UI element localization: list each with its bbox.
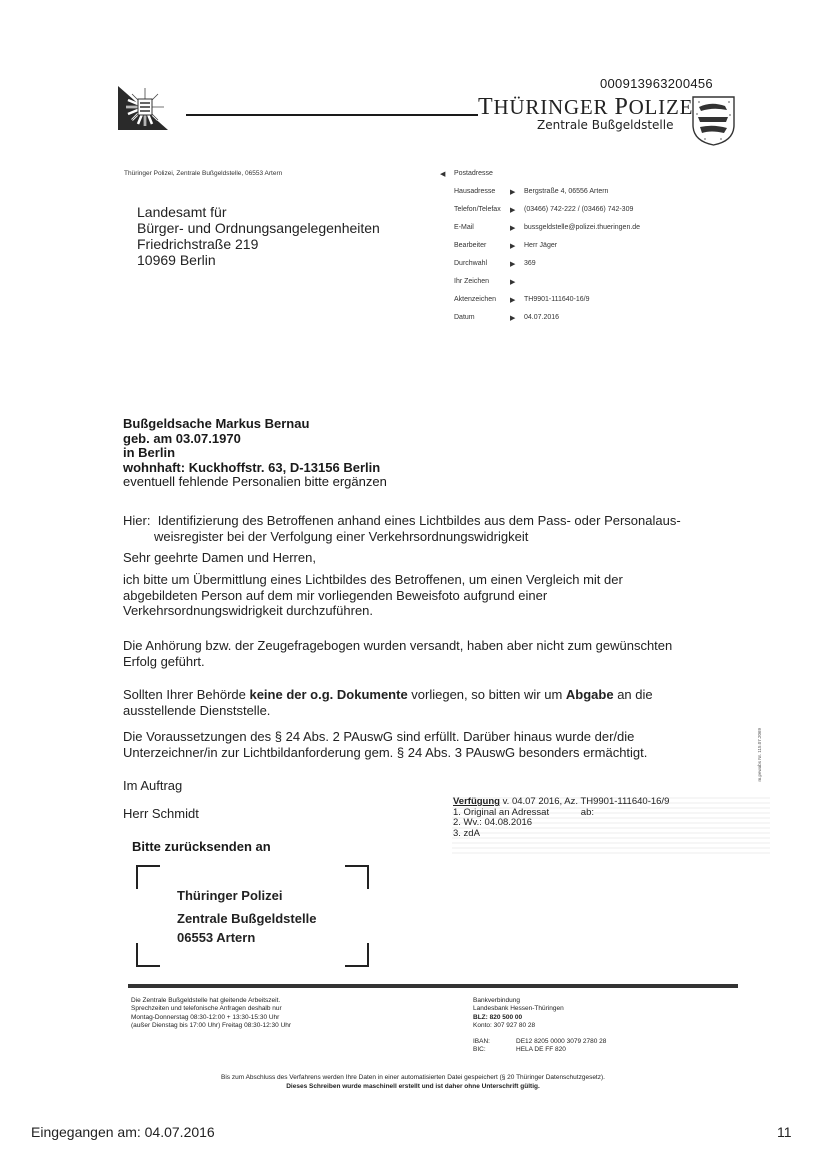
closing: Im Auftrag <box>123 778 763 794</box>
right-arrow-icon: ▶ <box>510 188 515 196</box>
police-star-icon <box>118 86 168 130</box>
right-arrow-icon: ▶ <box>510 314 515 322</box>
right-arrow-icon: ▶ <box>510 278 515 286</box>
page-number: 11 <box>777 1124 792 1140</box>
paragraph-legal-basis: Die Voraussetzungen des § 24 Abs. 2 PAus… <box>123 729 763 760</box>
birth-date: geb. am 03.07.1970 <box>123 432 387 447</box>
birth-place: in Berlin <box>123 446 387 461</box>
salutation: Sehr geehrte Damen und Herren, <box>123 550 763 566</box>
recipient-address: Landesamt für Bürger- und Ordnungsangele… <box>137 204 380 268</box>
header-rule <box>186 114 478 116</box>
office-hours: Die Zentrale Bußgeldstelle hat gleitende… <box>131 997 291 1030</box>
side-form-code: m.pewabs Nr. 115.07.2069 <box>757 728 762 781</box>
subject-note: eventuell fehlende Personalien bitte erg… <box>123 475 387 490</box>
right-arrow-icon: ▶ <box>510 260 515 268</box>
window-corner-mark <box>345 943 369 967</box>
document-number: 000913963200456 <box>600 76 713 91</box>
return-title: Bitte zurücksenden an <box>132 839 271 854</box>
paragraph-request: ich bitte um Übermittlung eines Lichtbil… <box>123 572 763 619</box>
bank-details: Bankverbindung Landesbank Hessen-Thüring… <box>473 997 606 1055</box>
right-arrow-icon: ▶ <box>510 242 515 250</box>
left-arrow-icon: ◀ <box>440 170 445 178</box>
org-unit: Zentrale Bußgeldstelle <box>537 118 673 132</box>
window-corner-mark <box>136 943 160 967</box>
window-corner-mark <box>136 865 160 889</box>
return-address: Thüringer Polizei Zentrale Bußgeldstelle… <box>177 884 316 949</box>
paragraph-hearing: Die Anhörung bzw. der Zeugefragebogen wu… <box>123 638 763 669</box>
coat-of-arms-icon <box>691 95 736 147</box>
recipient-line: Bürger- und Ordnungsangelegenheiten <box>137 220 380 236</box>
verfuegung-block: Verfügung v. 04.07 2016, Az. TH9901-1116… <box>453 797 669 839</box>
right-arrow-icon: ▶ <box>510 296 515 304</box>
paragraph-documents: Sollten Ihrer Behörde keine der o.g. Dok… <box>123 687 763 718</box>
window-corner-mark <box>345 865 369 889</box>
recipient-line: Friedrichstraße 219 <box>137 236 380 252</box>
right-arrow-icon: ▶ <box>510 206 515 214</box>
received-date: Eingegangen am: 04.07.2016 <box>31 1124 215 1140</box>
privacy-notice: Bis zum Abschluss des Verfahrens werden … <box>0 1074 826 1091</box>
recipient-line: 10969 Berlin <box>137 252 380 268</box>
case-title: Bußgeldsache Markus Bernau <box>123 417 387 432</box>
org-title: THÜRINGER POLIZEI <box>478 94 701 121</box>
footer-rule <box>128 984 738 988</box>
case-subject: Bußgeldsache Markus Bernau geb. am 03.07… <box>123 417 387 490</box>
sender-return-line: Thüringer Polizei, Zentrale Bußgeldstell… <box>124 170 282 177</box>
residence: wohnhaft: Kuckhoffstr. 63, D-13156 Berli… <box>123 461 387 476</box>
right-arrow-icon: ▶ <box>510 224 515 232</box>
recipient-line: Landesamt für <box>137 204 380 220</box>
regarding-paragraph: Hier: Identifizierung des Betroffenen an… <box>123 513 763 544</box>
